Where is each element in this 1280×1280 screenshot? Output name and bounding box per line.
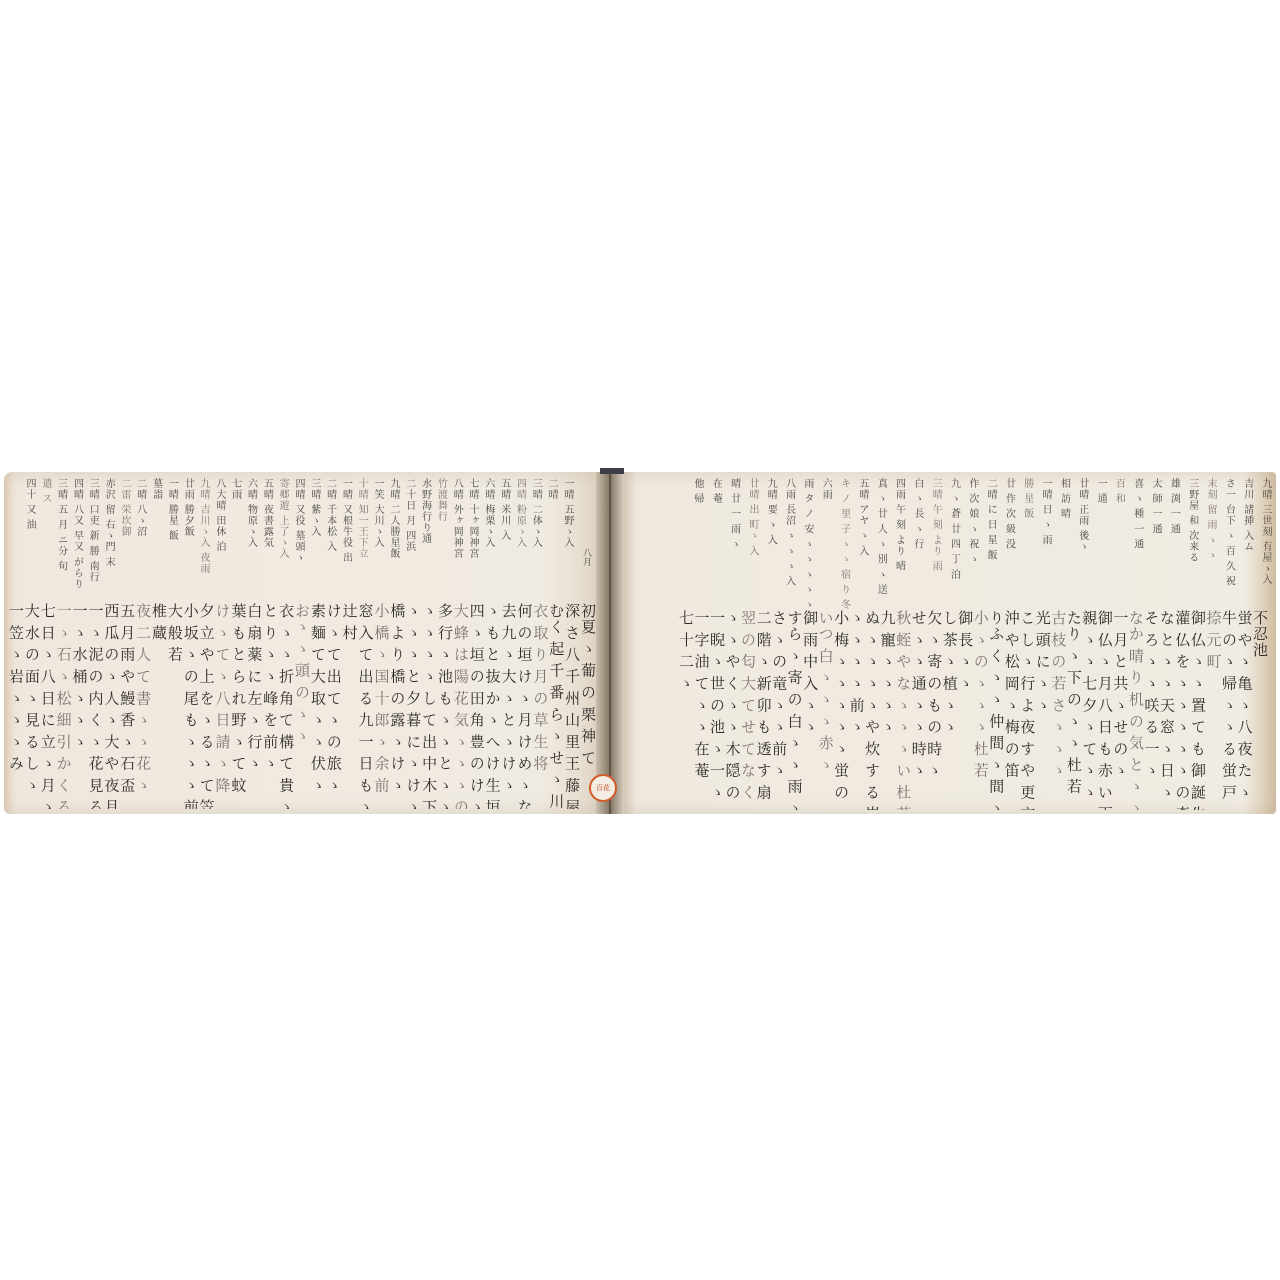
text-column: 喜 ゝ 種 一 通 bbox=[1130, 478, 1145, 550]
text-column: 一晴 日 ゝ 雨 bbox=[1038, 478, 1053, 546]
text-column: 勝 星 飯 bbox=[1020, 478, 1035, 519]
text-column: 相 訪 晴 bbox=[1056, 478, 1071, 519]
text-column: 九晴 二人勝星飯 bbox=[386, 478, 401, 559]
text-column: 一 通 bbox=[1093, 478, 1108, 504]
text-column: 三晴 紫ゝ入 bbox=[307, 478, 322, 537]
text-column: 三野屋 和 次来る bbox=[1185, 478, 1200, 563]
text-column: 七雨 bbox=[228, 478, 243, 500]
text-column: 二十日 月 四浜 bbox=[402, 478, 417, 552]
text-column: 真 ゝ 廿 人 ゝ 別 ゝ 送 bbox=[873, 478, 888, 595]
text-column: 五晴 米川 入 bbox=[497, 478, 512, 541]
text-column: 赤沢 留 右ゝ門 末 bbox=[101, 478, 116, 568]
text-column: 一晴 又根牛役 出 bbox=[338, 478, 353, 563]
text-column: 四十 又 油 bbox=[22, 478, 37, 530]
text-column: 三晴 二体ゝ入 bbox=[528, 478, 543, 548]
text-column: 四晴 八又 早又 がらり bbox=[69, 478, 84, 590]
text-column: 六雨 bbox=[818, 478, 833, 500]
text-column: 八大晴 田休 泊 bbox=[212, 478, 227, 552]
text-column: 三晴 五 月 ニ分 旬 bbox=[54, 478, 69, 572]
text-column: 六晴 物原ゝ入 bbox=[244, 478, 259, 548]
text-column: 廿雨 勝夕飯 bbox=[180, 478, 195, 537]
text-column: 八雨 長沼 ゝ ゝ ゝ 入 bbox=[782, 478, 797, 587]
text-column: 寄郷遊 上了ゝ入 bbox=[275, 478, 290, 559]
text-column: 七晴 十ヶ岡神宮 bbox=[465, 478, 480, 559]
text-column: 墓詣 bbox=[149, 478, 164, 500]
text-column: 二雷 栄坎御 bbox=[117, 478, 132, 537]
text-column: 在 菴 bbox=[708, 478, 723, 504]
text-column: 一笑 大川ゝ入 bbox=[370, 478, 385, 548]
text-column: 百 和 bbox=[1111, 478, 1126, 504]
text-column: 六晴 梅栗ゝ入 bbox=[481, 478, 496, 548]
text-column: 三晴 午 刻 より 雨 bbox=[928, 478, 943, 572]
text-column: 五晴 アヤ ゝ 入 bbox=[855, 478, 870, 557]
text-column: 一 笠 ゝ 岩 ゝ ゝ ゝ み bbox=[6, 603, 27, 771]
book-cover-edge bbox=[600, 468, 624, 474]
text-column: さ一 台下 ゝ 百 久 祝 bbox=[1221, 478, 1236, 587]
text-column: 三晴 口吏 新 勝 南行 bbox=[85, 478, 100, 583]
text-column: 四晴 又役 墓頭ゝ bbox=[291, 478, 306, 563]
text-column: 一晴 勝星 飯 bbox=[164, 478, 179, 541]
text-column: 晴 廿 一 雨 ゝ bbox=[727, 478, 742, 550]
text-column: 他 帰 bbox=[690, 478, 705, 504]
text-column: 太 師 一 通 bbox=[1148, 478, 1163, 535]
text-column: 雄 渕 一 通 bbox=[1166, 478, 1181, 535]
text-column: 末刻 留 雨 ゝ ゝ bbox=[1203, 478, 1218, 561]
text-column: 九晴 吉川ゝ入 夜雨 bbox=[196, 478, 211, 574]
text-column: 白 ゝ 長 ゝ 行 bbox=[910, 478, 925, 550]
month-label-left: 八月 bbox=[580, 548, 593, 566]
text-column: 廿晴 出 町ゝ 入 bbox=[745, 478, 760, 557]
text-column: 作 次 娘 ゝ 祝 ゝ bbox=[965, 478, 980, 565]
text-column: 竹渡舞行 bbox=[433, 478, 448, 522]
text-column: 二晴 八ゝ沼 bbox=[133, 478, 148, 537]
text-column: 廿晴 正雨 後ゝ bbox=[1075, 478, 1090, 552]
text-column: キ ノ 里 子 ゝ ゝ 宿 り 冬 bbox=[837, 478, 852, 610]
text-column: 四晴 粉原ゝ入 bbox=[513, 478, 528, 548]
text-column: 十晴 知一王下立 bbox=[354, 478, 369, 559]
text-column: 九 ゝ 蒼 廿 四 丁 泊 bbox=[947, 478, 962, 580]
text-column: 雨 タ ノ 安 ゝ ゝ ゝ ゝ ゝ bbox=[800, 478, 815, 610]
text-column: 二晴 千本松 入 bbox=[323, 478, 338, 552]
text-column: 二晴 bbox=[544, 478, 559, 500]
text-column: 五晴 夜書露気 bbox=[259, 478, 274, 548]
text-column: 遣 ス bbox=[38, 478, 53, 504]
text-column: 吉川 諸挿 入ム bbox=[1240, 478, 1255, 552]
text-column: 八晴 外ヶ岡神宮 bbox=[449, 478, 464, 559]
text-column: 二晴 に 日 星 飯 bbox=[983, 478, 998, 561]
text-column: 四雨 午 刻 より 晴 bbox=[892, 478, 907, 572]
ownership-seal: 百花 bbox=[589, 774, 617, 802]
text-column: 水野海行り通 bbox=[418, 478, 433, 544]
book-gutter bbox=[596, 472, 624, 814]
text-column: 七 十 二 ゝ bbox=[676, 610, 697, 691]
text-column: 一晴 五野ゝ入 bbox=[560, 478, 575, 548]
text-column: 九晴 三世刻 有屋ゝ入 bbox=[1258, 478, 1273, 585]
text-column: 九晴 要 ゝ 入 bbox=[763, 478, 778, 546]
text-column: 廿 作 次 級 没 bbox=[1001, 478, 1016, 550]
